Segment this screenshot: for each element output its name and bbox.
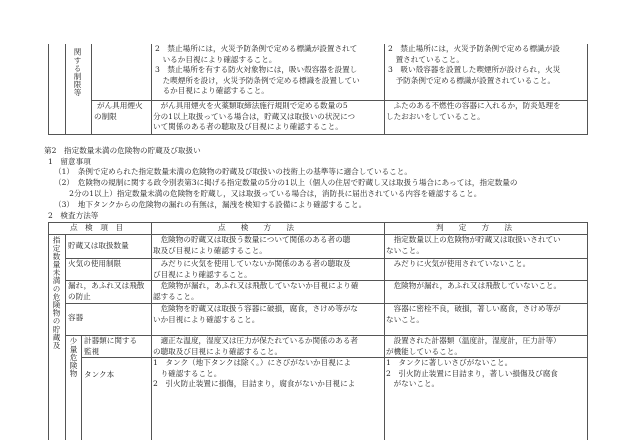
table-border <box>587 44 588 135</box>
table-border <box>48 134 588 135</box>
note-item: 2分の1以上）指定数量未満の危険物を貯蔵し，又は取扱っている場合は，消防長に届出… <box>54 189 481 200</box>
table-row-item: タンク本 <box>84 370 114 381</box>
item-cell: がん具用煙火 の制限 <box>94 101 143 122</box>
table-border <box>587 222 588 440</box>
table-row-method: みだりに火気を使用していないか関係のある者の聴取及 び目視により確認すること。 <box>153 259 350 280</box>
table-border <box>65 44 66 135</box>
table-row-item: 火気の使用制限 <box>68 259 121 270</box>
note-item: （2） 危険物の規制に関する政令別表第3に掲げる指定数量の5分の1以上（個人の住… <box>54 178 517 189</box>
table-row-method: 危険物が漏れ，あふれ又は飛散していないか目視により確 認すること。 <box>153 281 358 302</box>
table-row-judgment: みだりに火気が使用されていないこと。 <box>386 259 530 270</box>
table-row-item: 貯蔵又は取扱数量 <box>68 241 129 252</box>
section-heading: 第2 指定数量未満の危険物の貯蔵及び取扱い <box>44 146 201 157</box>
table-border <box>151 44 152 135</box>
table-border <box>48 222 49 440</box>
table-border <box>151 222 152 440</box>
header-method: 点 検 方 法 <box>218 223 294 234</box>
table-row-item: 漏れ，あふれ又は飛散 の防止 <box>68 281 144 302</box>
table-row-method: 危険物を貯蔵又は取扱う容器に破損，腐食，さけめ等がな いか目視により確認すること… <box>153 304 358 325</box>
table-row-method: 危険物の貯蔵又は取扱う数量について関係のある者の聴 取及び目視により確認すること… <box>153 235 350 256</box>
table-row-judgment: 危険物が漏れ，あふれ又は飛散していないこと。 <box>386 281 561 292</box>
table-border <box>384 44 385 135</box>
table-border <box>91 44 92 135</box>
note-item: （1） 条例で定められた指定数量未満の危険物の貯蔵及び取扱いの技術上の基準等に適… <box>54 167 412 178</box>
header-judgment: 判 定 方 法 <box>436 223 512 234</box>
sub-category-label: 少量危険物 <box>68 337 79 378</box>
judgment-cell: 2 禁止場所には，火災予防条例で定める標識が設 置されていること。 3 吸い殻容… <box>388 44 560 86</box>
table-row-judgment: 設置された計器類（温度計，湿度計，圧力計等） が機能していること。 <box>386 336 561 357</box>
note-item: （3） 地下タンクからの危険物の漏れの有無は，漏洩を検知する設備により確認するこ… <box>54 200 366 211</box>
table-border <box>384 222 385 440</box>
table-border <box>65 234 66 440</box>
table-row-judgment: 指定数量以上の危険物が貯蔵又は取扱いされてい ないこと。 <box>386 235 561 256</box>
table-border <box>48 44 49 135</box>
judgment-cell: ふたのある不燃性の容器に入れるか，防炎処理を したおおいをしていること。 <box>386 101 561 122</box>
method-cell: がん具用煙火を火薬類取締法施行規則で定める数量の5 分の1以上取扱っている場合は… <box>153 101 355 133</box>
category-label: 指定数量未満の危険物の貯蔵及 <box>51 236 62 349</box>
table-row-judgment: 容器に密栓不良，破損，著しい腐食，さけめ等が ないこと。 <box>386 304 561 325</box>
table-row-item: 容器 <box>68 313 83 324</box>
table-row-method: 適正な温度，湿度又は圧力が保たれているか関係のある者 の聴取及び目視により確認す… <box>153 336 358 357</box>
method-cell: 2 禁止場所には，火災予防条例で定める標識が設置されて いるか目視により確認する… <box>155 44 360 97</box>
header-item: 点 検 項 目 <box>70 223 123 234</box>
category-label: 関する制限等 <box>72 48 82 97</box>
table-row-judgment: 1 タンクに著しいさびがないこと。 2 引火防止装置に目詰まり，著しい損傷及び腐… <box>386 358 558 390</box>
table-row-item: 計器類に関する 監視 <box>84 336 137 357</box>
table-border <box>81 335 82 440</box>
notes-heading: 1 留意事項 <box>48 157 91 168</box>
inspection-heading: 2 検査方法等 <box>48 211 98 222</box>
table-row-method: 1 タンク（地下タンクは除く。）にさびがないか目視によ り確認すること。 2 引… <box>153 358 355 390</box>
